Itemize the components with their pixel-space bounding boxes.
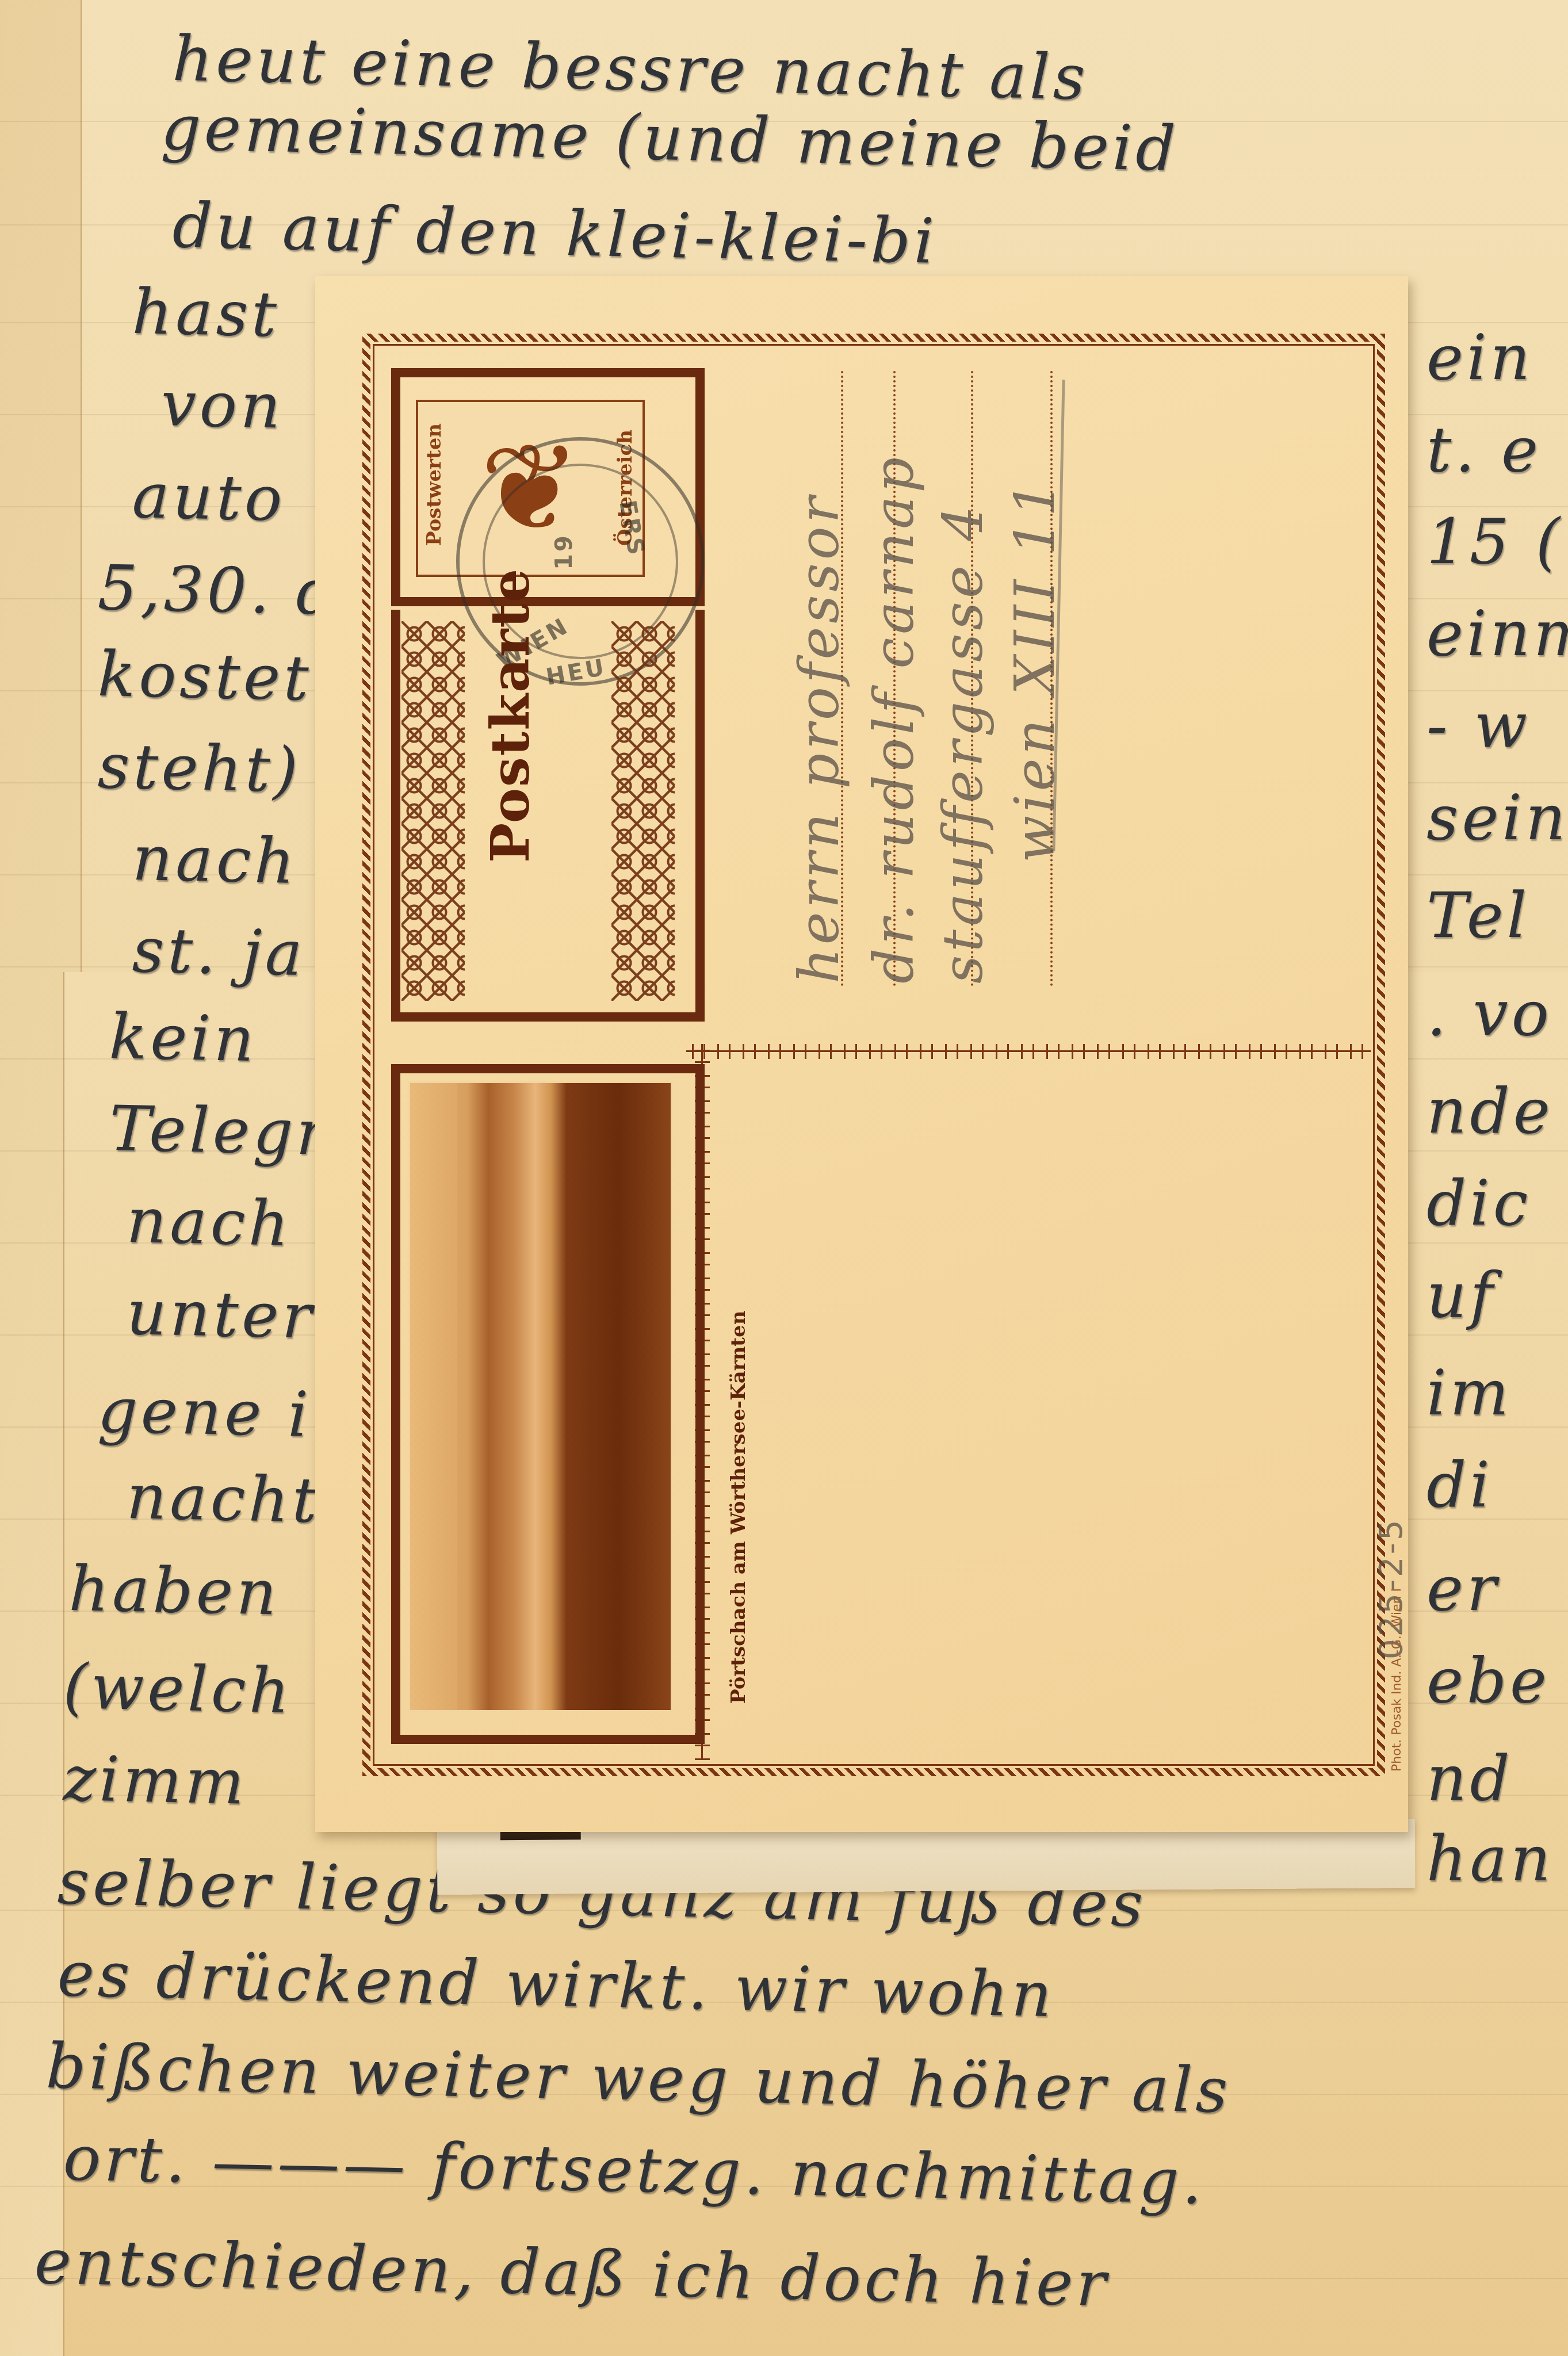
letter-fragment: - w — [1427, 690, 1531, 762]
address-line-1: herrn professor — [787, 494, 851, 984]
letter-line: kostet — [97, 638, 313, 715]
postcard-title: Postkarte — [479, 568, 541, 863]
knot-pattern-left — [401, 621, 465, 1001]
letter-fragment: ein — [1427, 322, 1533, 394]
letter-line: (welch — [63, 1651, 294, 1727]
letter-line: hast — [132, 276, 281, 351]
letter-fragment: . vo — [1427, 978, 1552, 1050]
letter-fragment: dic — [1427, 1168, 1531, 1240]
letter-fragment: han — [1427, 1823, 1554, 1895]
letter-line: von — [160, 368, 285, 442]
letter-line: auto — [132, 460, 286, 536]
letter-line: 5,30. d — [97, 552, 341, 629]
letter-line: nach — [132, 823, 299, 898]
postcard: ❦ Postwerten Österreich ERS WIEN HEU 19 … — [315, 276, 1408, 1832]
letter-fragment: di — [1427, 1449, 1493, 1521]
letter-line: haben — [68, 1553, 281, 1630]
letter-fragment: nd — [1427, 1743, 1513, 1815]
address-line-2: dr. rudolf carnap — [862, 454, 926, 984]
letter-fragment: einm — [1427, 598, 1568, 670]
letter-line: st. ja — [132, 915, 307, 990]
letter-line: gene i — [97, 1375, 312, 1451]
knot-pattern-right — [611, 621, 675, 1001]
letter-fragment: t. e — [1427, 414, 1542, 486]
letter-fragment: uf — [1427, 1260, 1497, 1332]
postmark-date: 19 — [551, 533, 578, 570]
letter-fragment: sein — [1427, 782, 1568, 854]
lake-landscape-photo — [408, 1081, 672, 1712]
letter-fragment: er — [1427, 1553, 1500, 1625]
letter-fragment: im — [1427, 1357, 1512, 1429]
letter-fragment: ebe — [1427, 1645, 1550, 1717]
letter-fragment: Tel — [1427, 880, 1530, 952]
letter-fragment: nde — [1427, 1076, 1554, 1148]
letter-line: steht) — [97, 730, 302, 806]
stamp-label-left: Postwerten — [423, 423, 446, 546]
letter-line: unter — [126, 1277, 316, 1353]
horizontal-ornament-divider — [686, 1044, 1371, 1059]
letter-line: nacht — [126, 1461, 322, 1537]
postmark-text: ERS — [614, 498, 649, 559]
address-line-3: stauffergasse 4 — [931, 503, 995, 984]
letter-line: Telegr — [109, 1093, 330, 1169]
letter-line: nach — [126, 1185, 293, 1260]
letter-fragment: 15 ( — [1427, 506, 1563, 578]
letter-line: zimm — [63, 1743, 248, 1819]
photo-caption: Pörtschach am Wörthersee-Kärnten — [727, 1311, 750, 1704]
letter-line: kein — [109, 1001, 258, 1076]
printer-imprint: Phot. Posak Ind. A.-G., Wien I — [1390, 1588, 1404, 1772]
